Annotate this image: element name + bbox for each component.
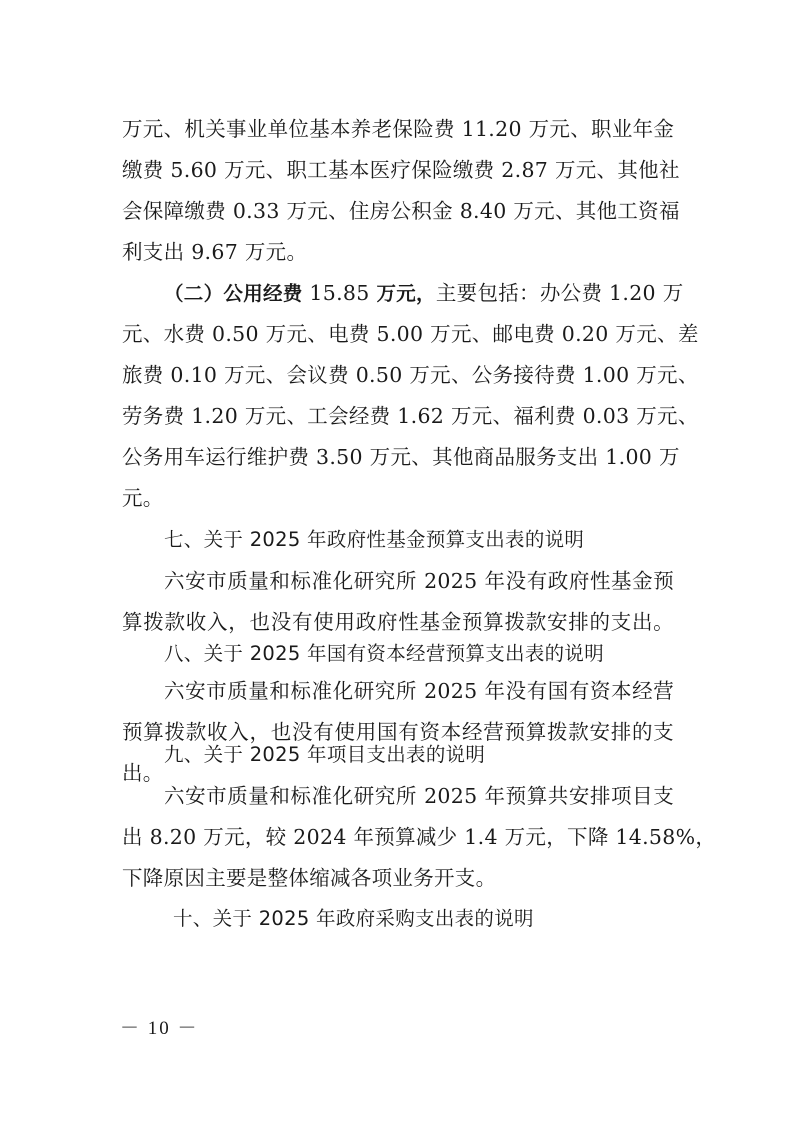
paragraph-line: 旅费 0.10 万元、会议费 0.50 万元、公务接待费 1.00 万元、	[122, 361, 674, 389]
paragraph-line: 算拨款收入，也没有使用政府性基金预算拨款安排的支出。	[122, 608, 674, 636]
paragraph-line: 利支出 9.67 万元。	[122, 238, 674, 266]
public-funds-first-line: （二）公用经费 15.85 万元，主要包括：办公费 1.20 万	[164, 279, 674, 308]
public-funds-unit: 万元，	[376, 282, 435, 305]
paragraph-line: 六安市质量和标准化研究所 2025 年预算共安排项目支	[164, 782, 674, 810]
public-funds-label: （二）公用经费	[164, 282, 303, 305]
paragraph-line: 出 8.20 万元，较 2024 年预算减少 1.4 万元，下降 14.58%，	[122, 823, 674, 851]
page-number: － 10 －	[120, 1015, 199, 1043]
paragraph-line: 下降原因主要是整体缩减各项业务开支。	[122, 864, 674, 892]
section-7-heading: 七、关于 2025 年政府性基金预算支出表的说明	[164, 526, 674, 554]
public-funds-amount: 15.85	[303, 281, 377, 305]
public-funds-line1-rest: 主要包括：办公费 1.20 万	[436, 281, 684, 305]
paragraph-line: 万元、机关事业单位基本养老保险费 11.20 万元、职业年金	[122, 115, 674, 143]
paragraph-line: 会保障缴费 0.33 万元、住房公积金 8.40 万元、其他工资福	[122, 197, 674, 225]
paragraph-line: 元。	[122, 484, 674, 512]
paragraph-line: 缴费 5.60 万元、职工基本医疗保险缴费 2.87 万元、其他社	[122, 156, 674, 184]
section-10-heading: 十、关于 2025 年政府采购支出表的说明	[173, 905, 683, 933]
section-8-heading: 八、关于 2025 年国有资本经营预算支出表的说明	[164, 640, 674, 668]
paragraph-line: 公务用车运行维护费 3.50 万元、其他商品服务支出 1.00 万	[122, 443, 674, 471]
paragraph-line: 元、水费 0.50 万元、电费 5.00 万元、邮电费 0.20 万元、差	[122, 320, 674, 348]
paragraph-line: 六安市质量和标准化研究所 2025 年没有政府性基金预	[164, 567, 674, 595]
paragraph-line: 劳务费 1.20 万元、工会经费 1.62 万元、福利费 0.03 万元、	[122, 402, 674, 430]
section-9-heading: 九、关于 2025 年项目支出表的说明	[164, 741, 674, 769]
document-page: 万元、机关事业单位基本养老保险费 11.20 万元、职业年金 缴费 5.60 万…	[0, 0, 793, 1122]
paragraph-line: 六安市质量和标准化研究所 2025 年没有国有资本经营	[164, 677, 674, 705]
